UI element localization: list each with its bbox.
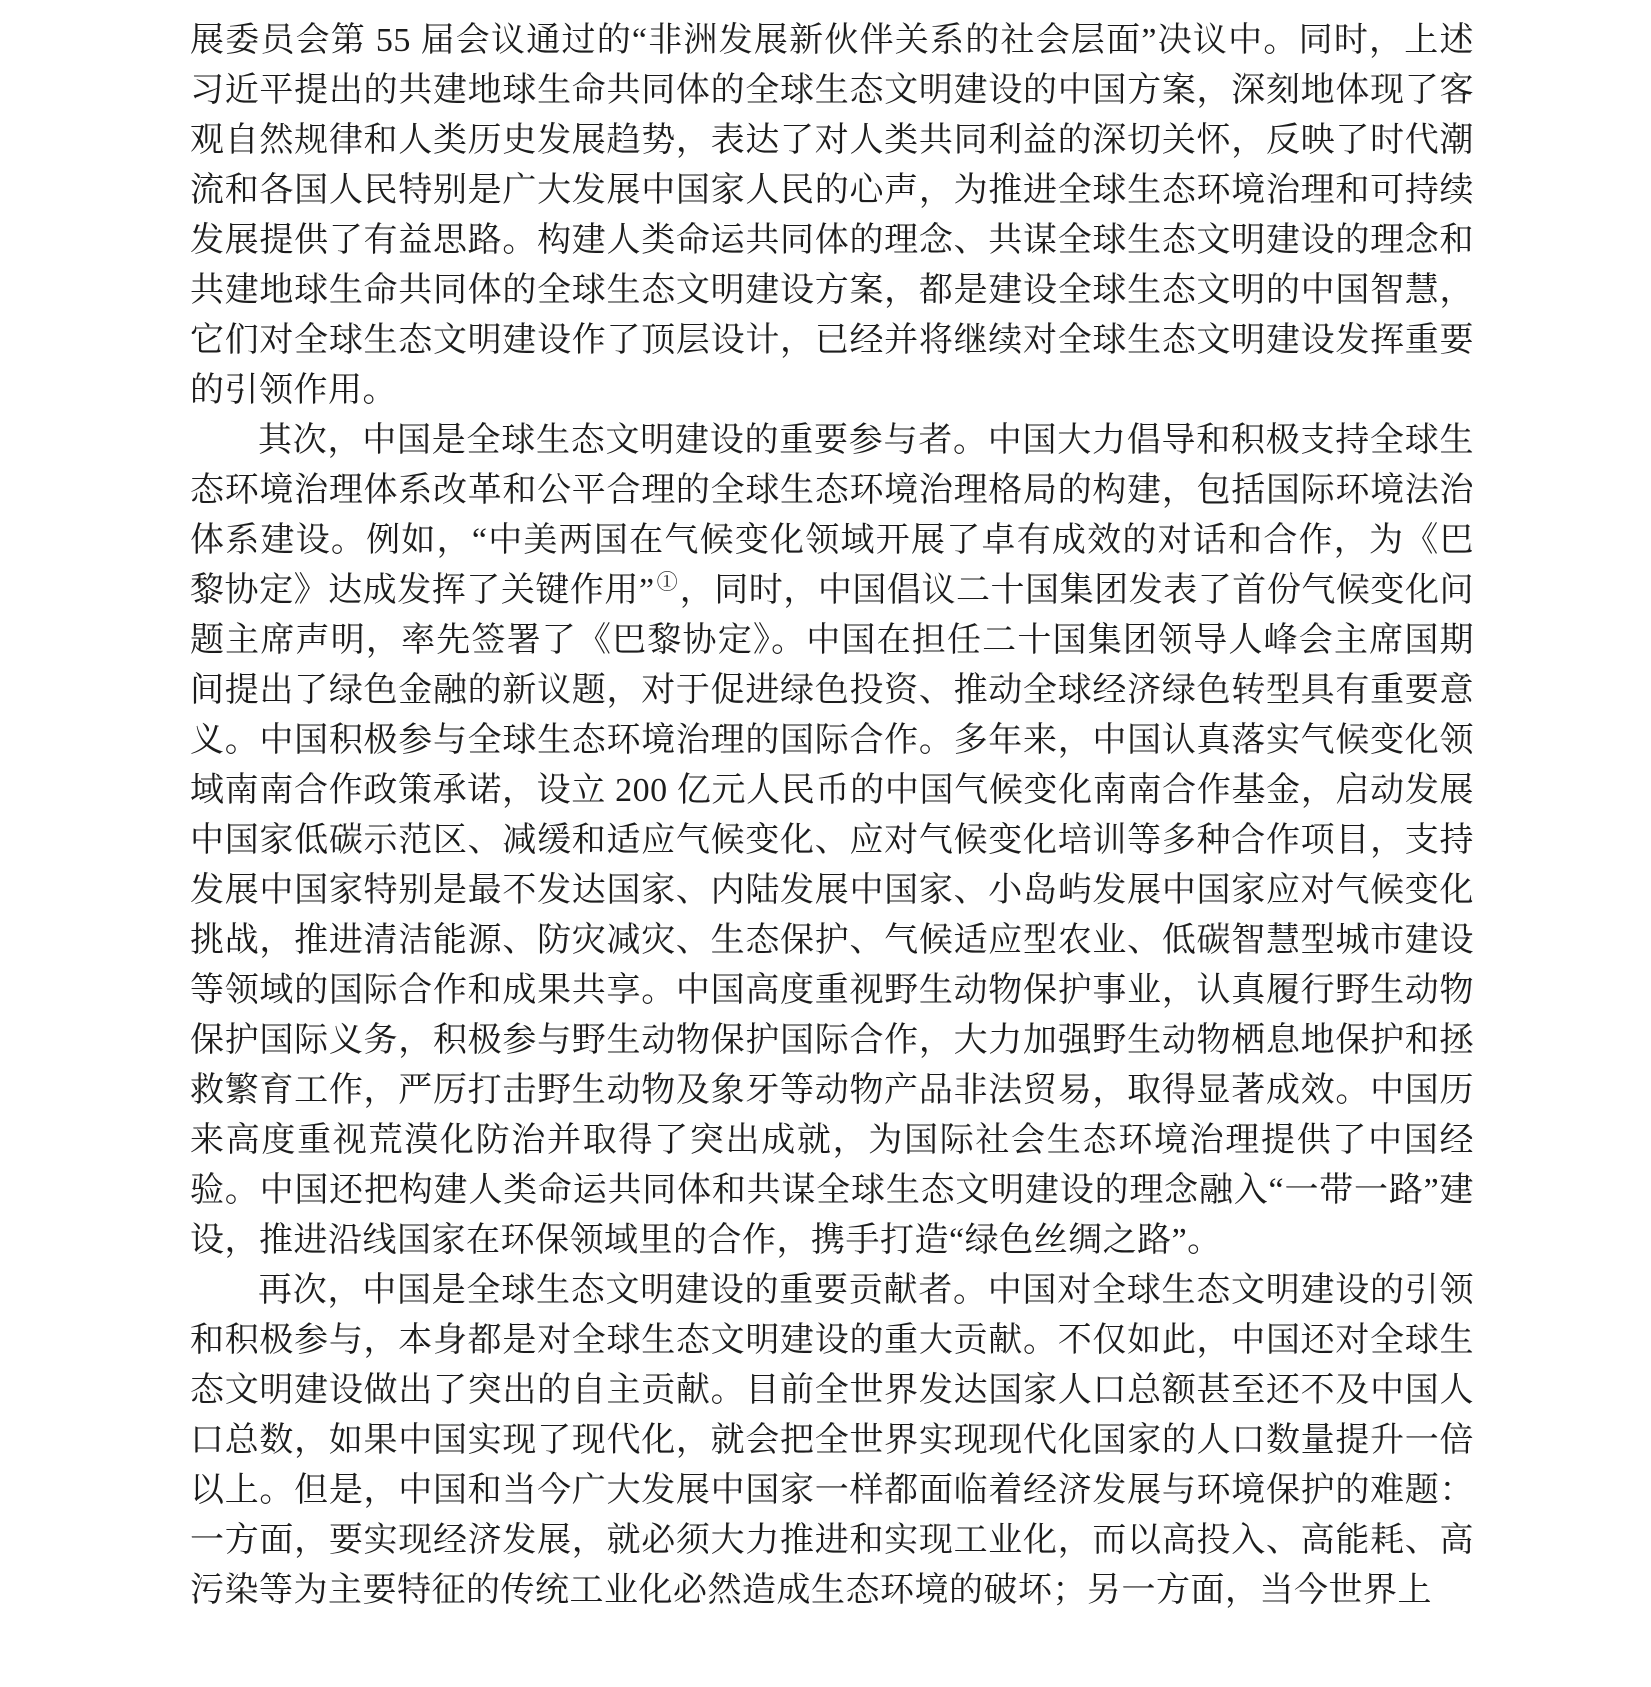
paragraph-continuation: 展委员会第 55 届会议通过的“非洲发展新伙伴关系的社会层面”决议中。同时，上述…	[190, 16, 1474, 416]
paragraph-participant: 其次，中国是全球生态文明建设的重要参与者。中国大力倡导和积极支持全球生态环境治理…	[190, 416, 1474, 1266]
document-page: 展委员会第 55 届会议通过的“非洲发展新伙伴关系的社会层面”决议中。同时，上述…	[0, 0, 1651, 1687]
paragraph-text: 再次，中国是全球生态文明建设的重要贡献者。中国对全球生态文明建设的引领和积极参与…	[190, 1272, 1474, 1609]
footnote-reference: ①	[655, 570, 680, 594]
text-block: 展委员会第 55 届会议通过的“非洲发展新伙伴关系的社会层面”决议中。同时，上述…	[190, 16, 1474, 1616]
paragraph-text: ，同时，中国倡议二十国集团发表了首份气候变化问题主席声明，率先签署了《巴黎协定》…	[190, 572, 1474, 1259]
paragraph-text: 展委员会第 55 届会议通过的“非洲发展新伙伴关系的社会层面”决议中。同时，上述…	[190, 22, 1474, 409]
paragraph-contributor: 再次，中国是全球生态文明建设的重要贡献者。中国对全球生态文明建设的引领和积极参与…	[190, 1266, 1474, 1616]
